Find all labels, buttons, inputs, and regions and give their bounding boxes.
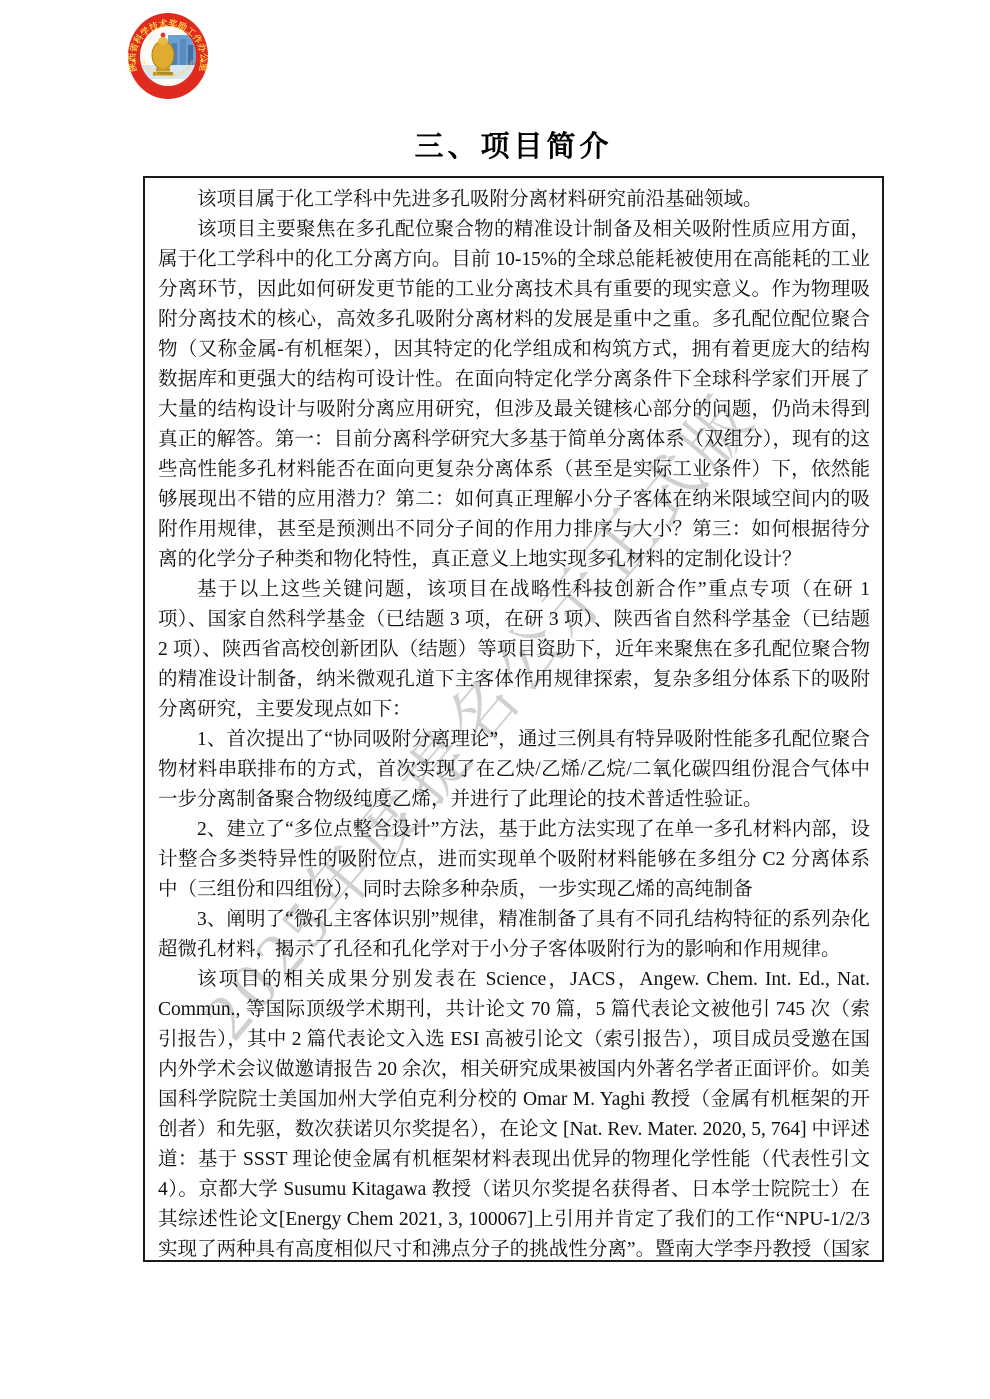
page-title: 三、项目简介 (143, 124, 884, 165)
paragraph-finding-3: 3、阐明了“微孔主客体识别”规律，精准制备了具有不同孔结构特征的系列杂化超微孔材… (158, 905, 870, 965)
trophy-top (161, 33, 166, 38)
seal-star-right-icon: ★ (199, 57, 205, 65)
award-office-seal: 陕西省科学技术奖励工作办公室 OF SCIENCE & TECHNOLOGY A… (126, 11, 210, 101)
seal-graphic: 陕西省科学技术奖励工作办公室 OF SCIENCE & TECHNOLOGY A… (126, 11, 210, 101)
paragraph-achievements: 该项目的相关成果分别发表在 Science，JACS，Angew. Chem. … (158, 965, 870, 1262)
document-page: 陕西省科学技术奖励工作办公室 OF SCIENCE & TECHNOLOGY A… (0, 0, 990, 1399)
paragraph-funding: 基于以上这些关键问题，该项目在战略性科技创新合作”重点专项（在研 1 项）、国家… (158, 575, 870, 725)
paragraph-finding-2: 2、建立了“多位点整合设计”方法，基于此方法实现了在单一多孔材料内部，设计整合多… (158, 815, 870, 905)
seal-star-left-icon: ★ (131, 57, 137, 65)
paragraph-background: 该项目主要聚焦在多孔配位聚合物的精准设计制备及相关吸附性质应用方面，属于化工学科… (158, 215, 870, 575)
paragraph-finding-1: 1、首次提出了“协同吸附分离理论”，通过三例具有特异吸附性能多孔配位聚合物材料串… (158, 725, 870, 815)
project-summary-box: 该项目属于化工学科中先进多孔吸附分离材料研究前沿基础领域。 该项目主要聚焦在多孔… (143, 176, 884, 1262)
trophy-cup (152, 41, 174, 69)
trophy-base (156, 68, 170, 72)
paragraph-domain: 该项目属于化工学科中先进多孔吸附分离材料研究前沿基础领域。 (158, 185, 870, 215)
